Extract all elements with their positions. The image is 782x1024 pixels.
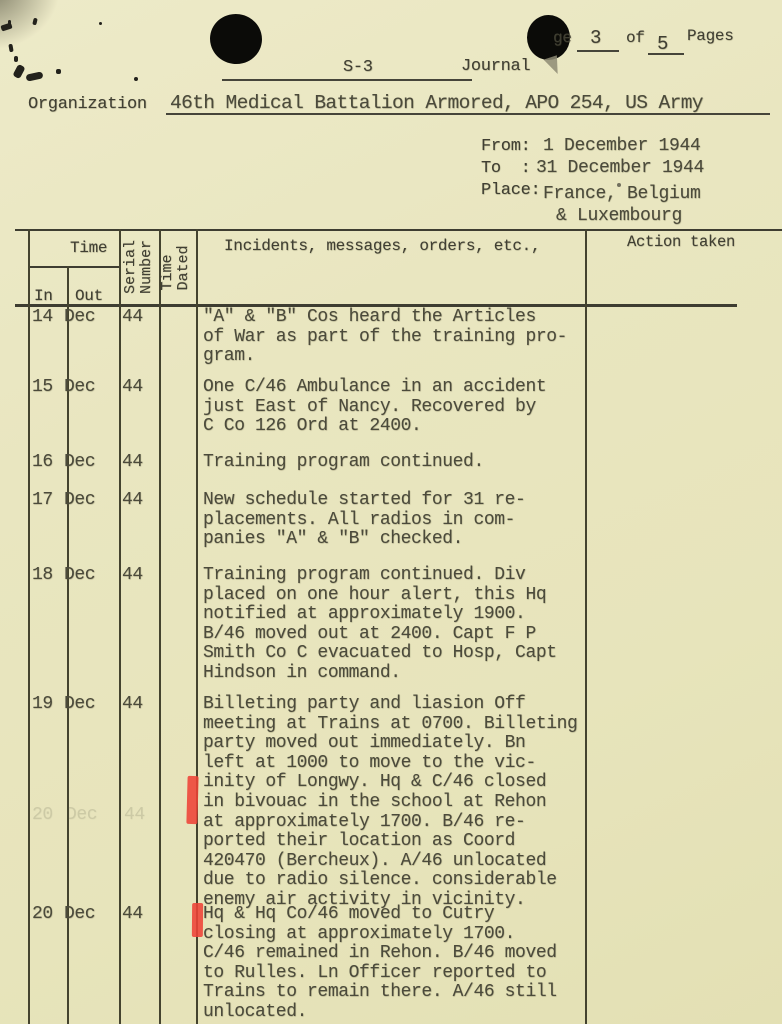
entry-line: C/46 remained in Rehon. B/46 moved [203, 943, 557, 963]
journal-label: Journal [461, 57, 530, 76]
page-number: 3 [590, 27, 601, 49]
journal-section-title: S-3 [343, 58, 373, 77]
entry-day: 19 [32, 694, 53, 714]
organization-value: 46th Medical Battalion Armored, APO 254,… [170, 92, 703, 114]
to-label: To : [481, 159, 531, 178]
entry-year: 44 [122, 452, 143, 472]
of-label: of [626, 29, 645, 47]
entry-line: placed on one hour alert, this Hq [203, 585, 546, 605]
ink-speck [56, 69, 61, 74]
to-value: 31 December 1944 [536, 158, 704, 178]
entry-day: 16 [32, 452, 53, 472]
entry-month: Dec [64, 694, 95, 714]
ghost-entry-year: 44 [124, 805, 145, 825]
entry-day: 18 [32, 565, 53, 585]
entry-line: panies "A" & "B" checked. [203, 529, 463, 549]
organization-label: Organization [28, 95, 147, 114]
table-left-border [28, 229, 30, 1024]
entry-line: Smith Co C evacuated to Hosp, Capt [203, 643, 557, 663]
table-top-border [15, 229, 782, 231]
entry-day: 15 [32, 377, 53, 397]
total-pages-underline [648, 53, 684, 55]
entry-line: Hindson in command. [203, 663, 401, 683]
place-value-line2: & Luxembourg [556, 206, 682, 226]
ink-speck [8, 20, 11, 25]
action-taken-column-header: Action taken [627, 233, 735, 251]
ink-speck [12, 64, 25, 79]
entry-month: Dec [64, 565, 95, 585]
entry-line: placements. All radios in com- [203, 510, 515, 530]
entry-line: just East of Nancy. Recovered by [203, 397, 536, 417]
ink-speck [134, 77, 138, 81]
entry-day: 17 [32, 490, 53, 510]
entry-year: 44 [122, 904, 143, 924]
hole-punch-left [207, 11, 265, 68]
incidents-column-header: Incidents, messages, orders, etc., [224, 237, 540, 255]
entry-line: of War as part of the training pro- [203, 327, 567, 347]
entry-line: "A" & "B" Cos heard the Articles [203, 307, 536, 327]
entry-line: Training program continued. Div [203, 565, 525, 585]
entry-line: ported their location as Coord [203, 831, 515, 851]
entry-day: 14 [32, 307, 53, 327]
entry-year: 44 [122, 694, 143, 714]
entry-month: Dec [64, 377, 95, 397]
entry-line: unlocated. [203, 1002, 307, 1022]
page-word-partial: ge [553, 29, 572, 47]
entry-year: 44 [122, 565, 143, 585]
hole-punch-shadow [544, 55, 563, 76]
red-annotation-mark-1 [186, 776, 198, 824]
entry-line: One C/46 Ambulance in an accident [203, 377, 546, 397]
incidents-action-divider [585, 229, 587, 1024]
entry-line: in bivouac in the school at Rehon [203, 792, 546, 812]
entry-line: B/46 moved out at 2400. Capt F P [203, 624, 536, 644]
journal-title-underline [222, 79, 472, 81]
entry-line: notified at approximately 1900. [203, 604, 525, 624]
pages-label: Pages [687, 27, 734, 45]
entry-year: 44 [122, 490, 143, 510]
entry-line: Training program continued. [203, 452, 484, 472]
ghost-entry-day: 20 [32, 805, 53, 825]
in-column-header: In [34, 287, 53, 305]
out-column-header: Out [75, 287, 103, 305]
out-serial-divider [119, 229, 121, 1024]
ink-speck [25, 71, 43, 81]
serial-timedated-divider [159, 229, 161, 1024]
time-dated-column-header: TimeDated [144, 234, 208, 302]
entry-line: to Rulles. Ln Officer reported to [203, 963, 546, 983]
page-number-underline [577, 50, 619, 52]
scanned-journal-page: { "page_header": { "page_word_visible": … [0, 0, 782, 1024]
entry-line: C Co 126 Ord at 2400. [203, 416, 421, 436]
entry-line: meeting at Trains at 0700. Billeting [203, 714, 577, 734]
from-label: From: [481, 137, 531, 156]
ghost-entry-month: Dec [66, 805, 97, 825]
entry-line: Billeting party and liasion Off [203, 694, 525, 714]
red-annotation-mark-2 [192, 903, 203, 937]
entry-month: Dec [64, 452, 95, 472]
entry-line: closing at approximately 1700. [203, 924, 515, 944]
entry-day: 20 [32, 904, 53, 924]
place-value-line1: France, Belgium [543, 184, 701, 204]
ink-speck [14, 56, 18, 62]
entry-year: 44 [122, 307, 143, 327]
entry-year: 44 [122, 377, 143, 397]
place-label: Place: [481, 181, 540, 200]
entry-line: inity of Longwy. Hq & C/46 closed [203, 772, 546, 792]
from-value: 1 December 1944 [543, 136, 701, 156]
time-column-header: Time [70, 239, 107, 257]
entry-month: Dec [64, 490, 95, 510]
entry-line: 420470 (Bercheux). A/46 unlocated [203, 851, 546, 871]
organization-underline [166, 113, 770, 115]
entry-line: due to radio silence. considerable [203, 870, 557, 890]
ink-speck [99, 22, 102, 25]
entry-line: Trains to remain there. A/46 still [203, 982, 557, 1002]
entry-line: New schedule started for 31 re- [203, 490, 525, 510]
entry-line: gram. [203, 346, 255, 366]
entry-line: at approximately 1700. B/46 re- [203, 812, 525, 832]
total-pages: 5 [657, 33, 668, 55]
entry-line: party moved out immediately. Bn [203, 733, 525, 753]
entry-line: left at 1000 to move to the vic- [203, 753, 536, 773]
entry-month: Dec [64, 307, 95, 327]
entry-line: Hq & Hq Co/46 moved to Cutry [203, 904, 494, 924]
entry-month: Dec [64, 904, 95, 924]
